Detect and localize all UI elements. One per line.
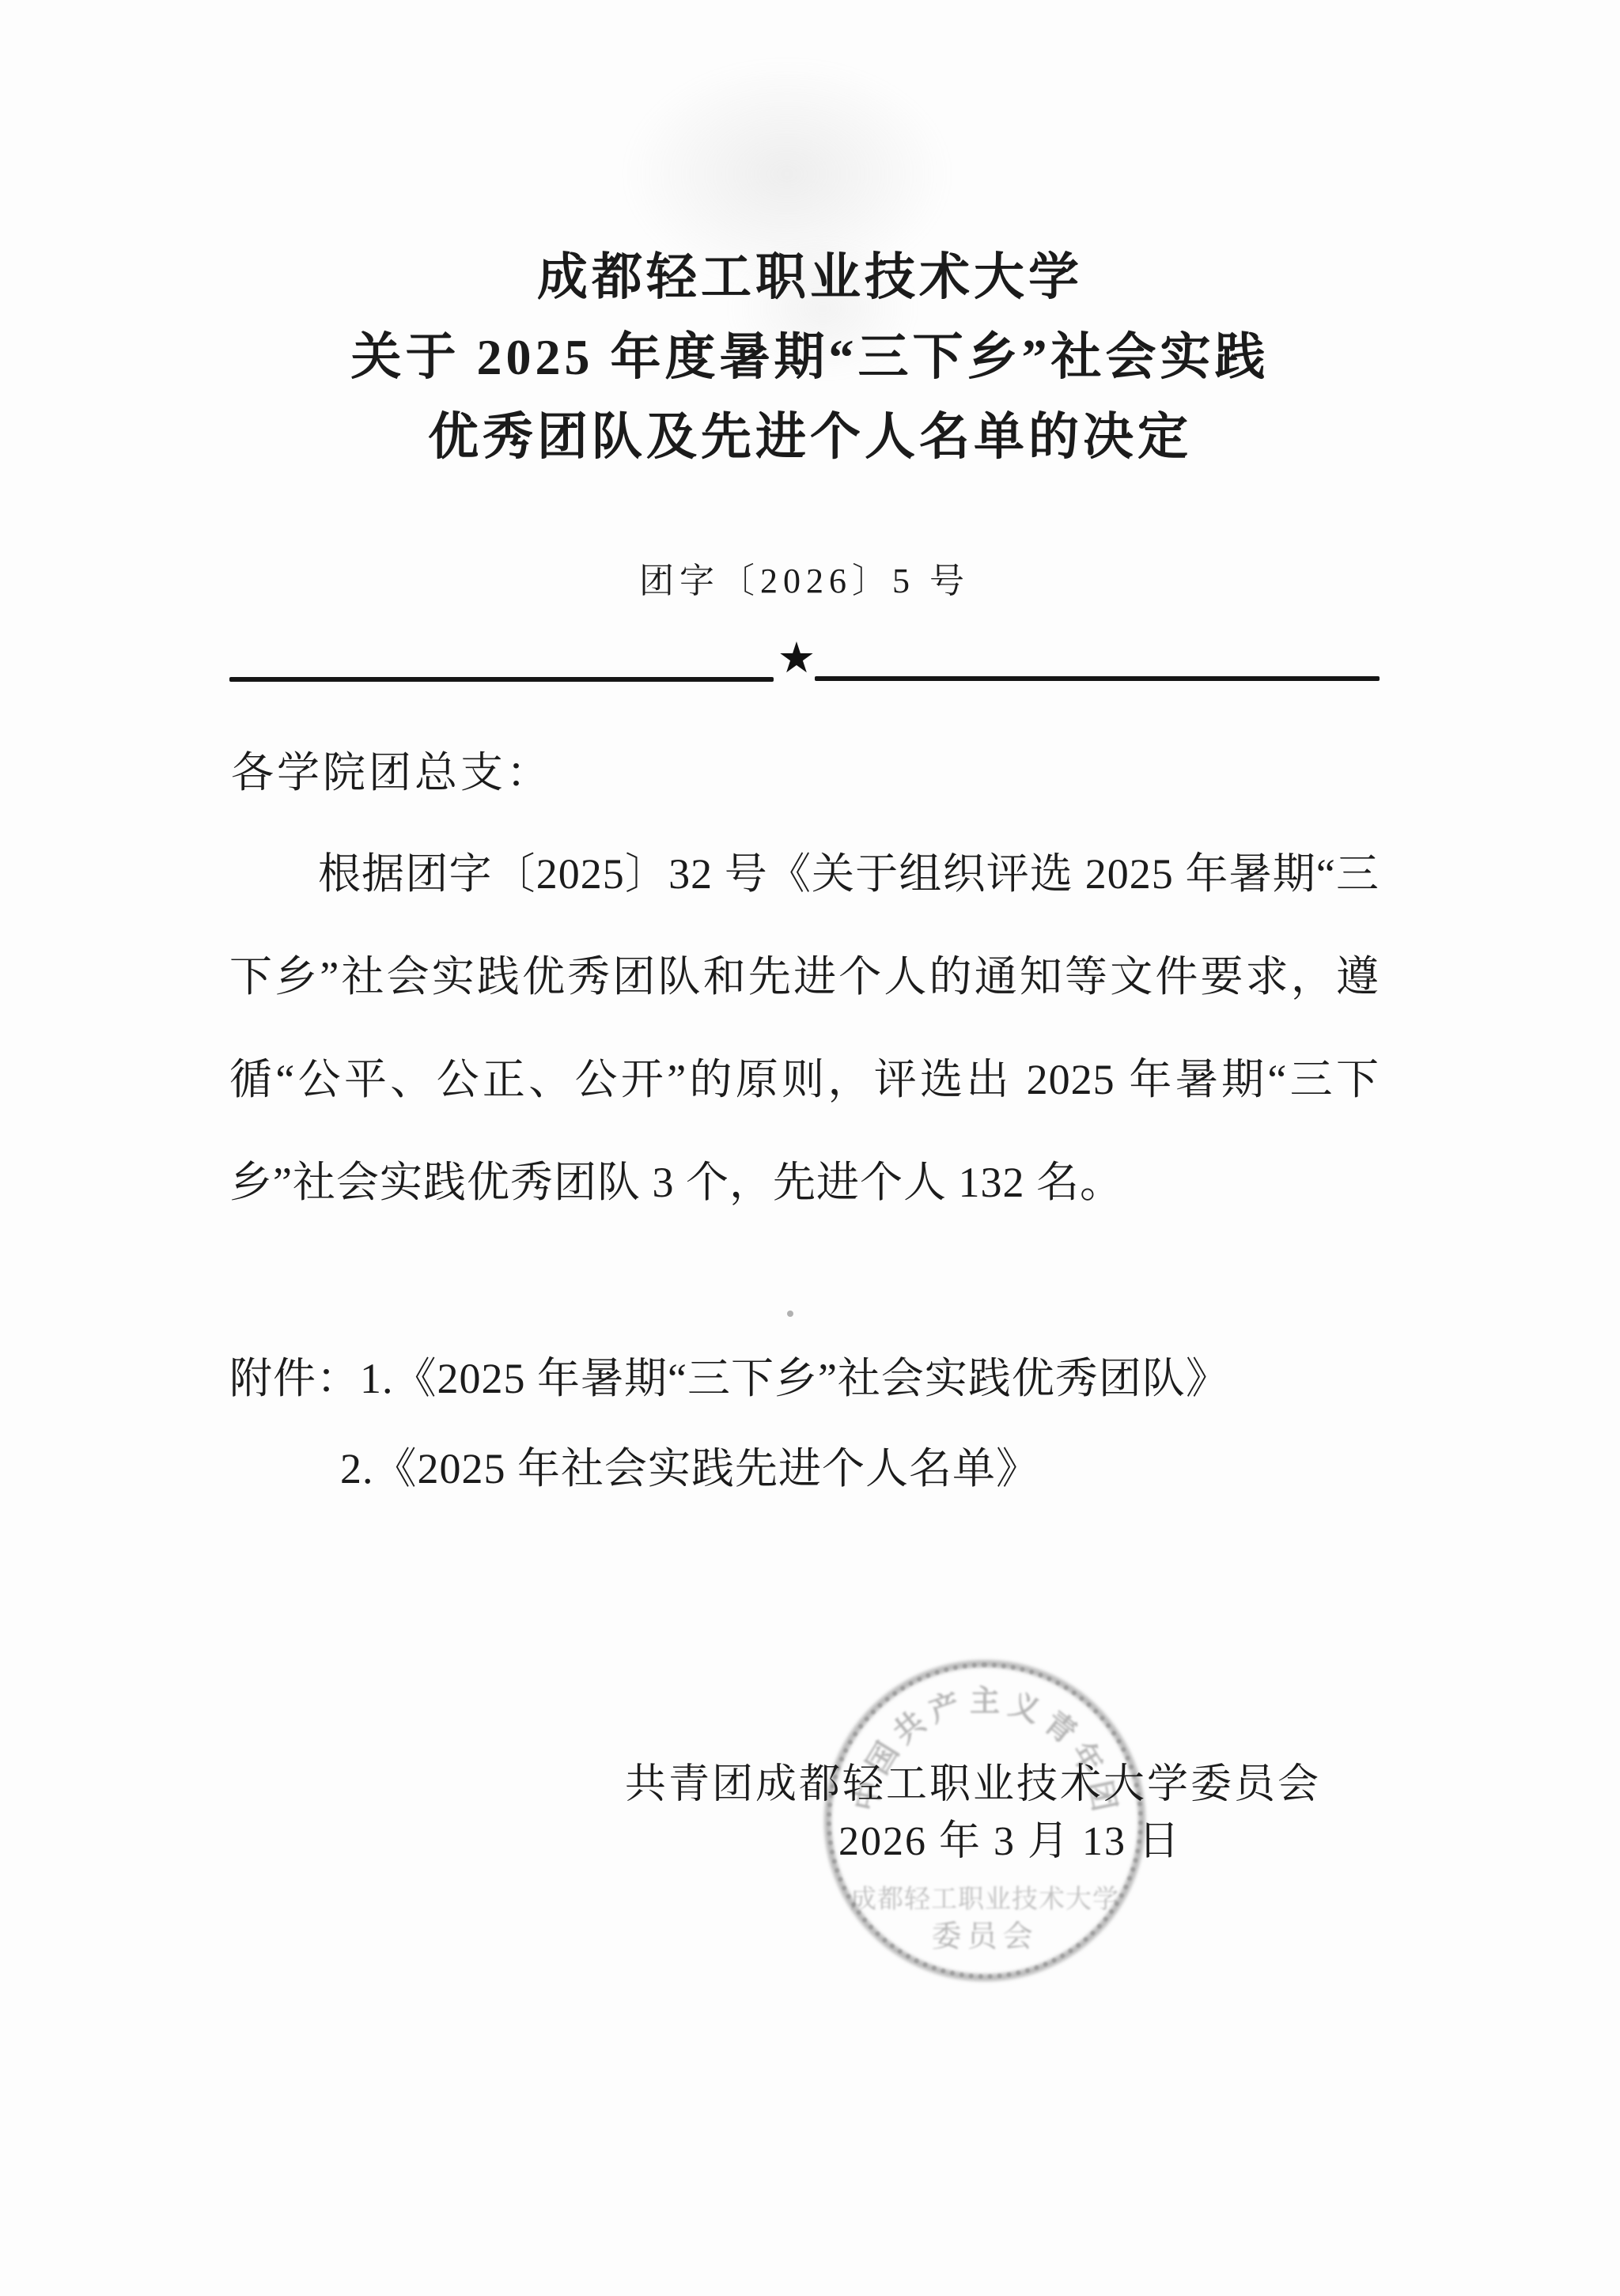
document-title: 成都轻工职业技术大学 关于 2025 年度暑期“三下乡”社会实践 优秀团队及先进… bbox=[0, 237, 1620, 477]
signature-date: 2026 年 3 月 13 日 bbox=[838, 1818, 1181, 1867]
divider-line-left bbox=[229, 677, 774, 682]
body-line: 循“公平、公正、公开”的原则，评选出 2025 年暑期“三下 bbox=[229, 1028, 1380, 1131]
divider-line-right bbox=[815, 676, 1380, 681]
signer-name: 共青团成都轻工职业技术大学委员会 bbox=[625, 1761, 1321, 1810]
ink-speck bbox=[787, 1311, 793, 1317]
star-divider: ★ bbox=[229, 633, 1380, 682]
body-line: 根据团字〔2025〕32 号《关于组织评选 2025 年暑期“三 bbox=[229, 823, 1380, 925]
seal-inner-text: 委员会 bbox=[824, 1912, 1145, 1955]
seal-inner-text: 成都轻工职业技术大学 bbox=[824, 1878, 1145, 1916]
attachments-list: 附件：1.《2025 年暑期“三下乡”社会实践优秀团队》 2.《2025 年社会… bbox=[229, 1333, 1380, 1514]
title-line-3: 优秀团队及先进个人名单的决定 bbox=[0, 397, 1620, 477]
star-icon: ★ bbox=[773, 636, 820, 680]
body-line: 乡”社会实践优秀团队 3 个，先进个人 132 名。 bbox=[229, 1131, 1380, 1234]
scanned-official-document-page: 中国共产主义青年团 成都轻工职业技术大学 委员会 成都轻工职业技术大学 关于 2… bbox=[0, 0, 1620, 2296]
salutation: 各学院团总支： bbox=[231, 748, 552, 797]
attachment-item-1: 附件：1.《2025 年暑期“三下乡”社会实践优秀团队》 bbox=[229, 1333, 1380, 1424]
body-paragraph: 根据团字〔2025〕32 号《关于组织评选 2025 年暑期“三 下乡”社会实践… bbox=[229, 823, 1380, 1234]
title-line-2: 关于 2025 年度暑期“三下乡”社会实践 bbox=[0, 317, 1620, 397]
title-line-1: 成都轻工职业技术大学 bbox=[0, 237, 1620, 317]
body-line: 下乡”社会实践优秀团队和先进个人的通知等文件要求，遵 bbox=[229, 925, 1380, 1028]
document-number: 团字〔2026〕5 号 bbox=[229, 554, 1380, 609]
attachment-item-2: 2.《2025 年社会实践先进个人名单》 bbox=[229, 1424, 1380, 1514]
